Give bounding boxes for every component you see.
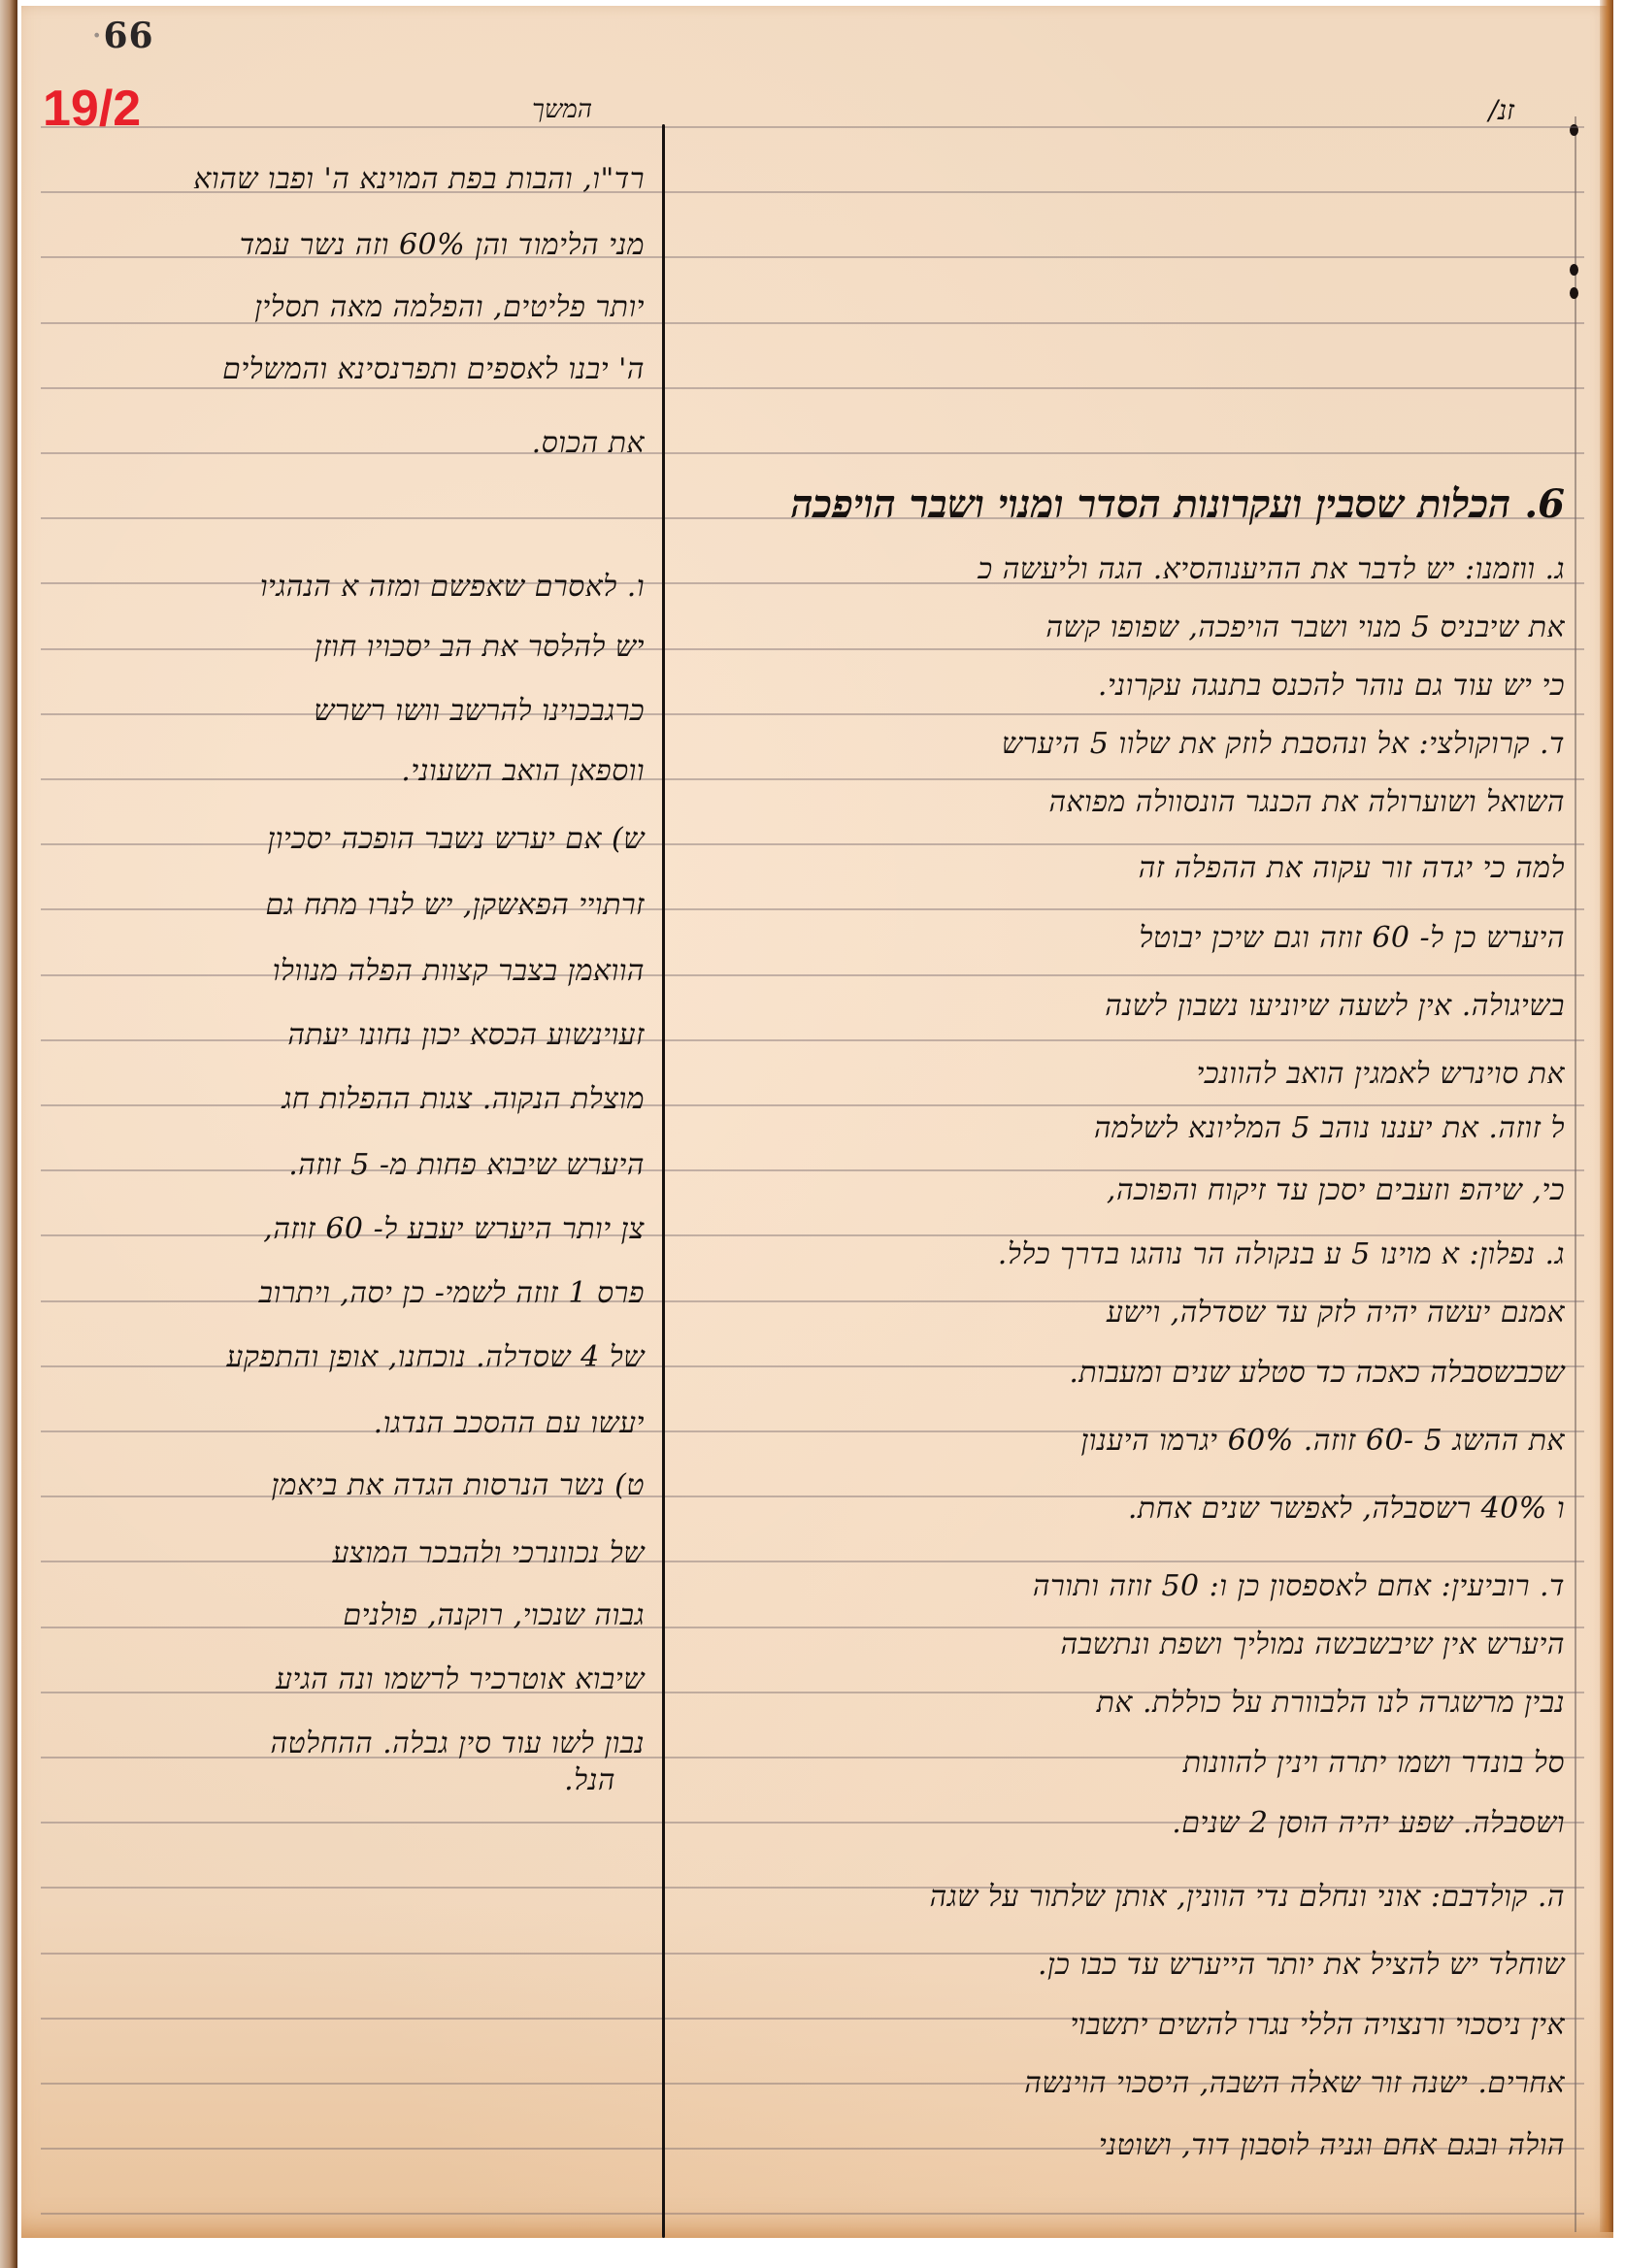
left-text-line: יותר פליטים, והפלמה מאה תסלין	[254, 293, 645, 322]
right-text-line: היערש אין שיבשבשה נמוליך ושפת ונתשבה	[1061, 1630, 1565, 1660]
right-text-line: הולה ובגם אחם וגניה לוסבון דוד, ושוטני	[1099, 2131, 1565, 2160]
left-text-line: ו. לאסרם שאפשם ומזה א הנהגיו	[260, 573, 645, 602]
left-text-line: רד"ו, והבות בפת המוינא ה' ופבו שהוא	[193, 165, 645, 194]
left-column-header: המשך	[495, 97, 592, 122]
ruled-line	[41, 452, 1584, 454]
left-text-line: זעוינשוע הכסא יכון נחונו יעתה	[287, 1021, 645, 1050]
archive-label: 19/2	[43, 80, 141, 138]
left-text-line: ווספאן הואב השעוני.	[401, 757, 645, 786]
right-text-line: בשיגולה. אין לשעה שיוניעו נשבון לשנה	[1105, 992, 1565, 1021]
punch-hole-mark	[1570, 287, 1578, 299]
left-text-line: נבון לשו עוד סין גבלה. ההחלטה	[270, 1729, 645, 1759]
right-text-line: ד. רוביעין: אחם לאספסון כן ו: 50 זוזה ות…	[1033, 1572, 1565, 1601]
left-text-line: פרס 1 זוזה לשמי- כן יסה, ויתרוב	[259, 1279, 645, 1308]
ruled-line	[41, 1561, 1584, 1562]
ruled-line	[41, 387, 1584, 389]
right-text-line: ושסבלה. שפע יהיה הוסן 2 שנים.	[1172, 1809, 1565, 1838]
right-text-line: ג. נפלון: א מוינו 5 ע בנקולה הר נוהגו בד…	[998, 1240, 1565, 1269]
right-text-line: ג. ווזמנו: יש לדבר את ההיענוהסיא. הגה ול…	[978, 555, 1565, 584]
right-text-line: שכבשסבלה כאכה כד סטלע שנים ומעבות.	[1069, 1359, 1565, 1388]
punch-hole-mark	[1570, 264, 1578, 276]
binding-edge	[0, 0, 17, 2268]
ruled-line	[41, 126, 1584, 128]
ruled-line	[41, 1104, 1584, 1106]
page-number: ·66	[91, 16, 154, 56]
page-number-value: 66	[103, 16, 153, 56]
right-text-line: נבין מרשגרה לנו הלבוורת על כוללת. את	[1097, 1689, 1565, 1718]
left-text-line: גבוה שנכוי, רוקנה, פולנים	[343, 1601, 645, 1630]
page-number-prefix: ·	[91, 16, 103, 56]
ruled-line	[41, 713, 1584, 715]
right-text-line: את ההשג 5 -60 זוזה. 60% יגרמו היענון	[1081, 1427, 1565, 1456]
left-text-line: צן יותר היערש יעבע ל- 60 זוזה,	[263, 1215, 645, 1244]
left-text-line: של 4 שסדלה. נוכחנו, אופן והתפקע	[226, 1343, 645, 1372]
right-text-line: אמנם יעשה יהיה לזק עד שסדלה, וישע	[1107, 1298, 1565, 1328]
left-text-line: ש) אם יערש נשבר הופכה יסכיון	[268, 825, 645, 854]
right-column-header: זנ/	[1417, 97, 1514, 124]
left-text-line: יעשו עם ההסכב הנדגו.	[374, 1409, 645, 1438]
ruled-line	[41, 1039, 1584, 1041]
right-text-line: ל זוזה. את יעננו נוהב 5 המליונא לשלמה	[1094, 1114, 1565, 1143]
right-text-line: סל בונדר ושמו יתרה וינין להוונות	[1183, 1749, 1565, 1778]
left-text-line: מני הלימוד והן 60% וזה נשר עמד	[240, 231, 645, 260]
left-text-line: ט) נשר הנרסות הגדה את ביאמן	[272, 1471, 645, 1500]
right-text-line: למה כי יגדה זור עקוה את ההפלה זה	[1139, 854, 1565, 883]
right-text-line: ה. קולדבם: אוני ונחלם נדי הוונין, אותן ש…	[930, 1883, 1565, 1912]
right-text-line: את שיבניס 5 מנוי ושבר הויפכה, שפופו קשה	[1045, 613, 1565, 642]
right-text-line: אחרים. ישנה זור שאלה השבה, היסכוי הוינשה	[1024, 2069, 1565, 2098]
right-text-line: כי, שיהפ וזעבים יסכן עד זיקוח והפוכה,	[1107, 1176, 1565, 1205]
column-divider	[662, 124, 665, 2238]
right-text-line: אין ניסכוי ורנצויה הללי נגרו להשים יתשבו…	[1070, 2011, 1565, 2040]
left-text-line: של נכוונרכי ולהבכר המוצע	[332, 1539, 645, 1568]
ruled-line	[41, 2213, 1584, 2215]
right-text-line: היערש כן ל- 60 זוזה וגם שיכן יבוטל	[1139, 924, 1565, 953]
right-text-line: כי יש עוד גם נוהר להכנס בתנגה עקרוני.	[1098, 672, 1565, 701]
left-text-line: הוואמן בצבר קצוות הפלה מנוולו	[273, 957, 645, 986]
left-text-line: ה' יבנו לאספים ותפרנסינא והמשלים	[222, 355, 645, 384]
page-right-edge	[1600, 0, 1613, 2232]
left-text-line: את הכוס.	[532, 429, 645, 458]
right-text-line: את סוינרש לאמגין הואב להוונכי	[1197, 1060, 1565, 1089]
left-text-line: מוצלת הנקוה. צגות ההפלות חג	[282, 1085, 645, 1114]
right-text-line: ד. קרוקולצי: אל ונהסבת לוזק את שלוו 5 הי…	[1002, 730, 1565, 759]
right-text-line: שוחלד יש להציל את יותר הייערש עד כבו כן.	[1038, 1951, 1565, 1980]
left-text-line: הנל.	[564, 1766, 615, 1795]
left-text-line: יש להלסר את הב יסכויו חוזן	[315, 633, 645, 662]
right-text-line: ו 40% רשסבלה, לאפשר שנים אחת.	[1128, 1495, 1565, 1524]
ruled-line	[41, 778, 1584, 780]
ruled-line	[41, 648, 1584, 650]
ruled-line	[41, 1169, 1584, 1171]
left-text-line: היערש שיבוא פחות מ- 5 זוזה.	[288, 1151, 645, 1180]
left-text-line: שיבוא אוטרכיר לרשמו ונה הגיע	[276, 1665, 645, 1694]
left-text-line: זרתויי הפאשקן, יש לנרו מתח גם	[265, 891, 645, 920]
right-margin-rule	[1575, 116, 1576, 2232]
section-title: 6. הכלות שסבין ועקרונות הסדר ומנוי ושבר …	[791, 485, 1565, 524]
left-text-line: כרגבכוינו להרשב וושו רשרש	[314, 697, 645, 726]
right-text-line: השואל ושוערולה את הכנגר הונסוולה מפואה	[1048, 788, 1565, 817]
